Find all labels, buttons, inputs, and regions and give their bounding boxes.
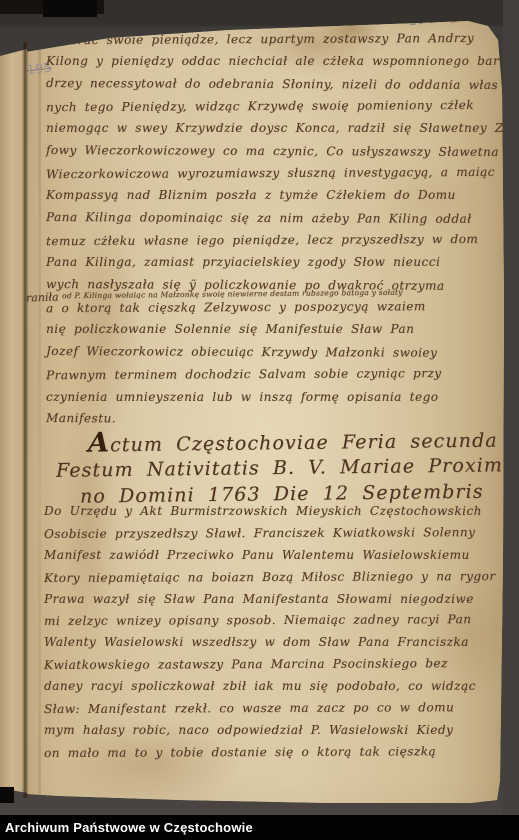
manuscript-line: drzey necessytował do odebrania Słoniny,…	[46, 72, 502, 96]
manuscript-line: Do Urzędu y Akt Burmistrzowskich Mieyski…	[44, 501, 506, 523]
manuscript-line: Pana Kilinga dopominaiąc się za nim ażeb…	[46, 206, 502, 230]
book-gutter-shadow	[22, 42, 29, 798]
manuscript-line: Kompassyą nad Bliznim poszła z tymże Cżł…	[46, 184, 502, 206]
manuscript-line: daney racyi spoliczkował zbił iak mu się…	[44, 676, 506, 698]
manuscript-line: niemogąc w swey Krzywdzie doysc Konca, r…	[46, 117, 502, 139]
manuscript-line: Ktory niepamiętaiąc na boiazn Bozą Miłos…	[44, 566, 506, 590]
manuscript-line: Kilong y pieniędzy oddac niechciał ale c…	[46, 50, 502, 72]
manuscript-line: nię policzkowanie Solennie się Manifestu…	[46, 318, 502, 340]
bottom-left-binding-tab	[0, 787, 14, 803]
manuscript-line: Manifest zawiódł Przeciwko Panu Walentem…	[44, 545, 506, 567]
manuscript-paper: # 196 106 195 odebrac swoie pieniądze, l…	[0, 0, 519, 840]
manuscript-line: mi zelzyc wnizey opisany sposob. Niemaią…	[44, 609, 506, 633]
manuscript-line: Kwiatkowskiego zastawszy Pana Marcina Ps…	[44, 653, 506, 677]
scanned-document-page: # 196 106 195 odebrac swoie pieniądze, l…	[0, 0, 519, 840]
paper-crease	[38, 40, 41, 796]
binding-shadow-block	[43, 0, 97, 17]
manuscript-line: Wieczorkowiczowa wyrozumiawszy słuszną i…	[46, 161, 502, 186]
background-right-shade	[503, 0, 519, 815]
manuscript-line: Jozef Wieczorkowicz obiecuiąc Krzywdy Ma…	[46, 340, 502, 364]
manuscript-line: czynienia umnieyszenia lub w inszą formę…	[46, 386, 502, 408]
manuscript-line: fowy Wieczorkowiczowey co ma czynic, Co …	[46, 139, 502, 163]
manuscript-paragraph-1: odebrac swoie pieniądze, lecz upartym zo…	[46, 28, 502, 430]
manuscript-line: odebrac swoie pieniądze, lecz upartym zo…	[46, 27, 502, 52]
manuscript-paragraph-2: Do Urzędu y Akt Burmistrzowskich Mieyski…	[44, 501, 506, 764]
margin-note: raniła	[26, 290, 59, 304]
manuscript-line: Pana Kilinga, zamiast przyiacielskiey zg…	[46, 251, 502, 273]
manuscript-line: Sław: Manifestant rzekł. co wasze ma zac…	[44, 697, 506, 721]
manuscript-line: on mało ma to y tobie dostanie się o kto…	[44, 741, 506, 765]
archive-footer-band: Archiwum Państwowe w Częstochowie	[0, 815, 519, 840]
archive-name-label: Archiwum Państwowe w Częstochowie	[5, 820, 253, 835]
manuscript-line: Prawa wazył się Sław Pana Manifestanta S…	[44, 589, 506, 611]
manuscript-line: Osobiscie przyszedłszy Sławł. Franciszek…	[44, 522, 506, 546]
manuscript-line: temuz cżłeku własne iego pieniądze, lecz…	[46, 228, 502, 253]
manuscript-heading-actum: Actum Częstochoviae Feria secunda post F…	[46, 428, 508, 508]
manuscript-line: Walenty Wasielowski wszedłszy w dom Sław…	[44, 632, 506, 654]
manuscript-line: mym hałasy robic, naco odpowiedział P. W…	[44, 720, 506, 742]
manuscript-line: Prawnym terminem dochodzic Salvam sobie …	[46, 362, 502, 387]
manuscript-line: nych tego Pieniędzy, widząc Krzywdę swoi…	[46, 94, 502, 119]
